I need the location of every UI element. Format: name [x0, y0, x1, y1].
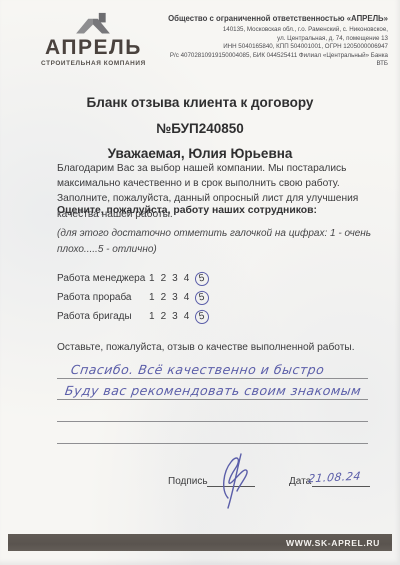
rating-label: Работа бригады — [57, 311, 149, 322]
company-bank-details: Р/с 40702810919150004085, БИК 044525411 … — [159, 52, 388, 69]
company-info: Общество с ограниченной ответственностью… — [159, 10, 388, 69]
rating-value-4: 4 — [184, 273, 190, 284]
signature-area: Подпись Дата 21.08.24 — [0, 468, 400, 508]
company-legal-name: Общество с ограниченной ответственностью… — [159, 14, 388, 23]
footer-bar: WWW.SK-APREL.RU — [8, 534, 392, 551]
rating-scale: 1 2 3 4 5 — [149, 291, 209, 305]
rating-value-1: 1 — [149, 292, 155, 303]
logo-subtitle: СТРОИТЕЛЬНАЯ КОМПАНИЯ — [28, 60, 159, 67]
rating-row-crew: Работа бригады 1 2 3 4 5 — [57, 307, 257, 326]
review-prompt: Оставьте, пожалуйста, отзыв о качестве в… — [57, 342, 377, 353]
rating-value-5-circled: 5 — [194, 308, 210, 324]
company-address-1: 140135, Московская обл., г.о. Раменский,… — [159, 26, 388, 35]
rating-value-2: 2 — [161, 311, 167, 322]
website-url: WWW.SK-APREL.RU — [286, 538, 392, 548]
review-line-3 — [57, 400, 368, 422]
handwritten-date: 21.08.24 — [307, 470, 362, 486]
date-line — [312, 486, 370, 487]
form-title: Бланк отзыва клиента к договору — [0, 90, 400, 116]
handwritten-review-2: Буду вас рекомендовать своим знакомым — [64, 383, 362, 398]
review-line-2: Буду вас рекомендовать своим знакомым — [57, 378, 368, 400]
feedback-form-page: АПРЕЛЬ СТРОИТЕЛЬНАЯ КОМПАНИЯ Общество с … — [0, 0, 400, 565]
roof-icon — [74, 12, 112, 36]
rating-value-3: 3 — [172, 273, 178, 284]
rating-value-5-circled: 5 — [194, 270, 210, 286]
rating-row-foreman: Работа прораба 1 2 3 4 5 — [57, 288, 257, 307]
title-block: Бланк отзыва клиента к договору №БУП2408… — [0, 90, 400, 167]
company-address-2: ул. Центральная, д. 74, помещение 13 — [159, 35, 388, 44]
rating-value-3: 3 — [172, 311, 178, 322]
signature-label: Подпись — [168, 476, 208, 487]
company-reg-numbers: ИНН 5040165840, КПП 504001001, ОГРН 1205… — [159, 43, 388, 52]
logo-name: АПРЕЛЬ — [28, 37, 159, 59]
signature-scribble — [206, 452, 256, 510]
handwritten-review-1: Спасибо. Всё качественно и быстро — [70, 362, 325, 377]
rating-value-1: 1 — [149, 311, 155, 322]
company-logo: АПРЕЛЬ СТРОИТЕЛЬНАЯ КОМПАНИЯ — [28, 10, 159, 69]
review-line-4 — [57, 422, 368, 444]
rating-scale: 1 2 3 4 5 — [149, 272, 209, 286]
rating-value-4: 4 — [184, 292, 190, 303]
rating-value-2: 2 — [161, 273, 167, 284]
rating-scale: 1 2 3 4 5 — [149, 310, 209, 324]
rating-row-manager: Работа менеджера 1 2 3 4 5 — [57, 269, 257, 288]
contract-number: №БУП240850 — [0, 116, 400, 142]
rate-prompt: Оцените, пожалуйста, работу наших сотруд… — [57, 205, 367, 216]
rate-note: (для этого достаточно отметить галочкой … — [57, 226, 373, 258]
rating-label: Работа прораба — [57, 292, 149, 303]
review-line-1: Спасибо. Всё качественно и быстро — [57, 357, 368, 379]
header: АПРЕЛЬ СТРОИТЕЛЬНАЯ КОМПАНИЯ Общество с … — [28, 10, 388, 69]
rating-label: Работа менеджера — [57, 273, 149, 284]
rating-value-1: 1 — [149, 273, 155, 284]
rating-value-4: 4 — [184, 311, 190, 322]
rating-value-3: 3 — [172, 292, 178, 303]
rating-value-2: 2 — [161, 292, 167, 303]
rating-value-5-circled: 5 — [194, 289, 210, 305]
ratings-section: Работа менеджера 1 2 3 4 5 Работа прораб… — [57, 269, 257, 326]
